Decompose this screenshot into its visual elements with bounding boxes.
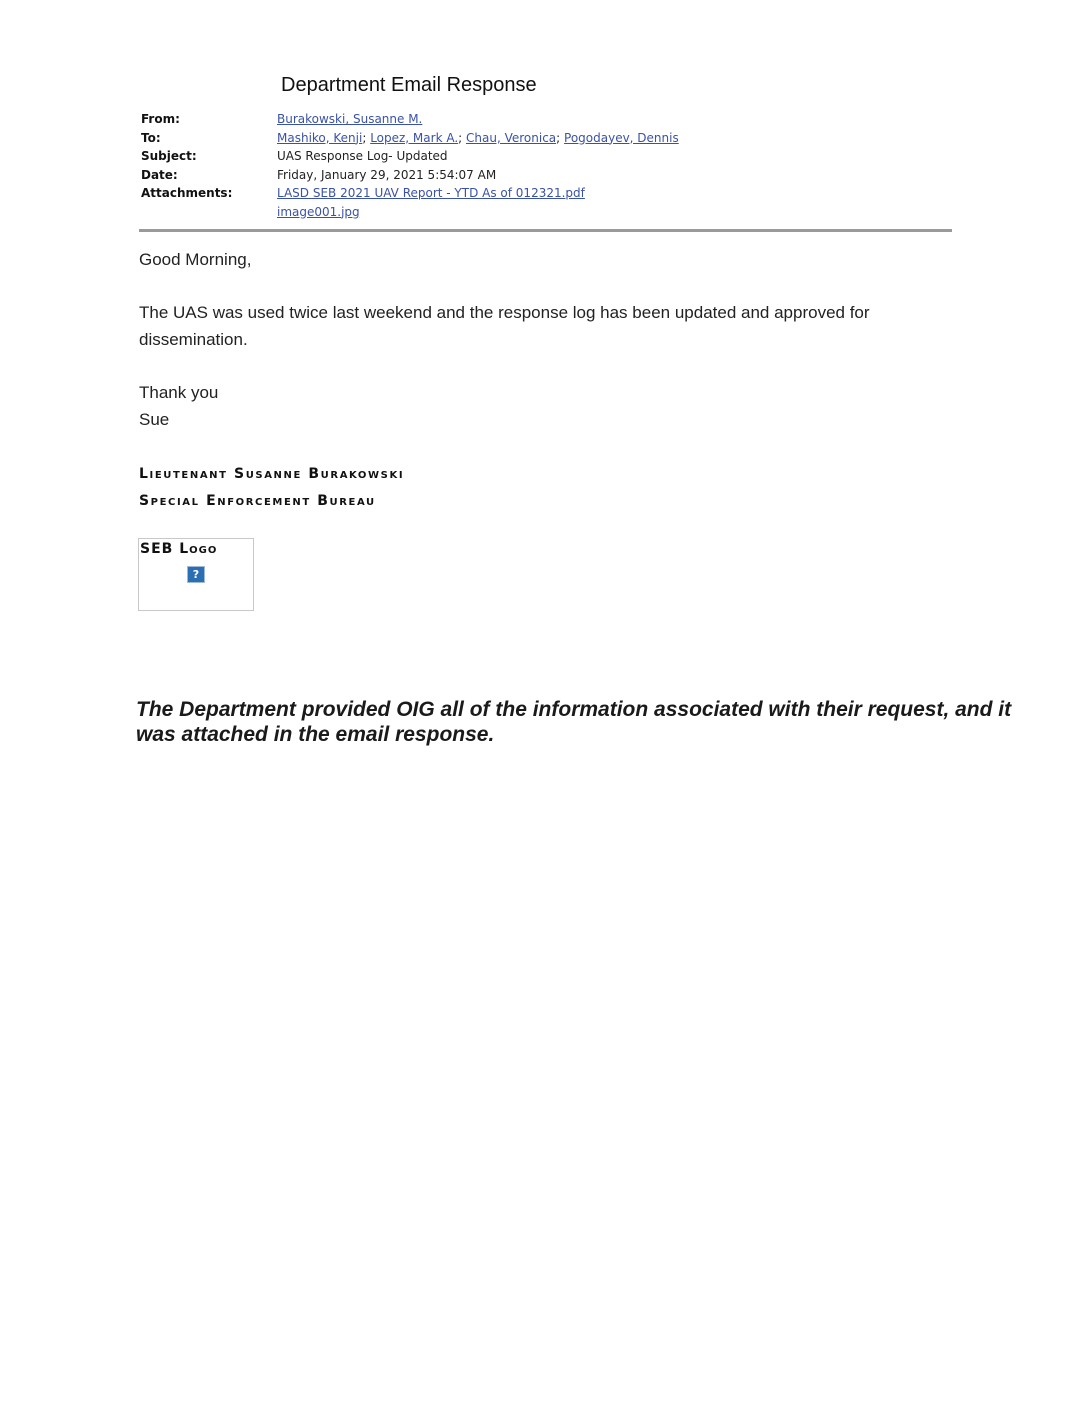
subject-label: Subject:	[141, 147, 277, 166]
email-body: Good Morning, The UAS was used twice las…	[139, 246, 929, 433]
closing: Thank you	[139, 379, 929, 406]
to-label: To:	[141, 129, 277, 148]
greeting: Good Morning,	[139, 246, 929, 273]
attachments-list: LASD SEB 2021 UAV Report - YTD As of 012…	[277, 184, 585, 221]
recipient-separator: ;	[458, 131, 466, 145]
to-recipients: Mashiko, Kenji; Lopez, Mark A.; Chau, Ve…	[277, 129, 679, 148]
sender-short: Sue	[139, 406, 929, 433]
from-row: From: Burakowski, Susanne M.	[141, 110, 679, 129]
subject-value: UAS Response Log- Updated	[277, 147, 448, 166]
signature-unit: Special Enforcement Bureau	[139, 488, 404, 515]
signature-name: Lieutenant Susanne Burakowski	[139, 461, 404, 488]
from-link[interactable]: Burakowski, Susanne M.	[277, 112, 422, 126]
date-value: Friday, January 29, 2021 5:54:07 AM	[277, 166, 496, 185]
email-header: From: Burakowski, Susanne M. To: Mashiko…	[141, 110, 679, 221]
attachment-link[interactable]: image001.jpg	[277, 205, 360, 219]
to-row: To: Mashiko, Kenji; Lopez, Mark A.; Chau…	[141, 129, 679, 148]
subject-row: Subject: UAS Response Log- Updated	[141, 147, 679, 166]
page-title: Department Email Response	[281, 74, 537, 97]
header-divider	[139, 229, 952, 232]
logo-alt-text: SEB Logo	[140, 541, 217, 557]
from-label: From:	[141, 110, 277, 129]
seb-logo-placeholder: SEB Logo ?	[138, 538, 254, 611]
recipient-separator: ;	[362, 131, 370, 145]
body-paragraph: The UAS was used twice last weekend and …	[139, 299, 929, 353]
attachment-link[interactable]: LASD SEB 2021 UAV Report - YTD As of 012…	[277, 186, 585, 200]
recipient-link[interactable]: Mashiko, Kenji	[277, 131, 362, 145]
recipient-link[interactable]: Lopez, Mark A.	[370, 131, 458, 145]
recipient-link[interactable]: Pogodayev, Dennis	[564, 131, 679, 145]
oig-note: The Department provided OIG all of the i…	[136, 697, 1036, 747]
attachments-label: Attachments:	[141, 184, 277, 221]
date-row: Date: Friday, January 29, 2021 5:54:07 A…	[141, 166, 679, 185]
missing-image-icon: ?	[187, 566, 205, 583]
attachments-row: Attachments: LASD SEB 2021 UAV Report - …	[141, 184, 679, 221]
signature-block: Lieutenant Susanne Burakowski Special En…	[139, 461, 404, 515]
recipient-separator: ;	[556, 131, 564, 145]
recipient-link[interactable]: Chau, Veronica	[466, 131, 556, 145]
date-label: Date:	[141, 166, 277, 185]
